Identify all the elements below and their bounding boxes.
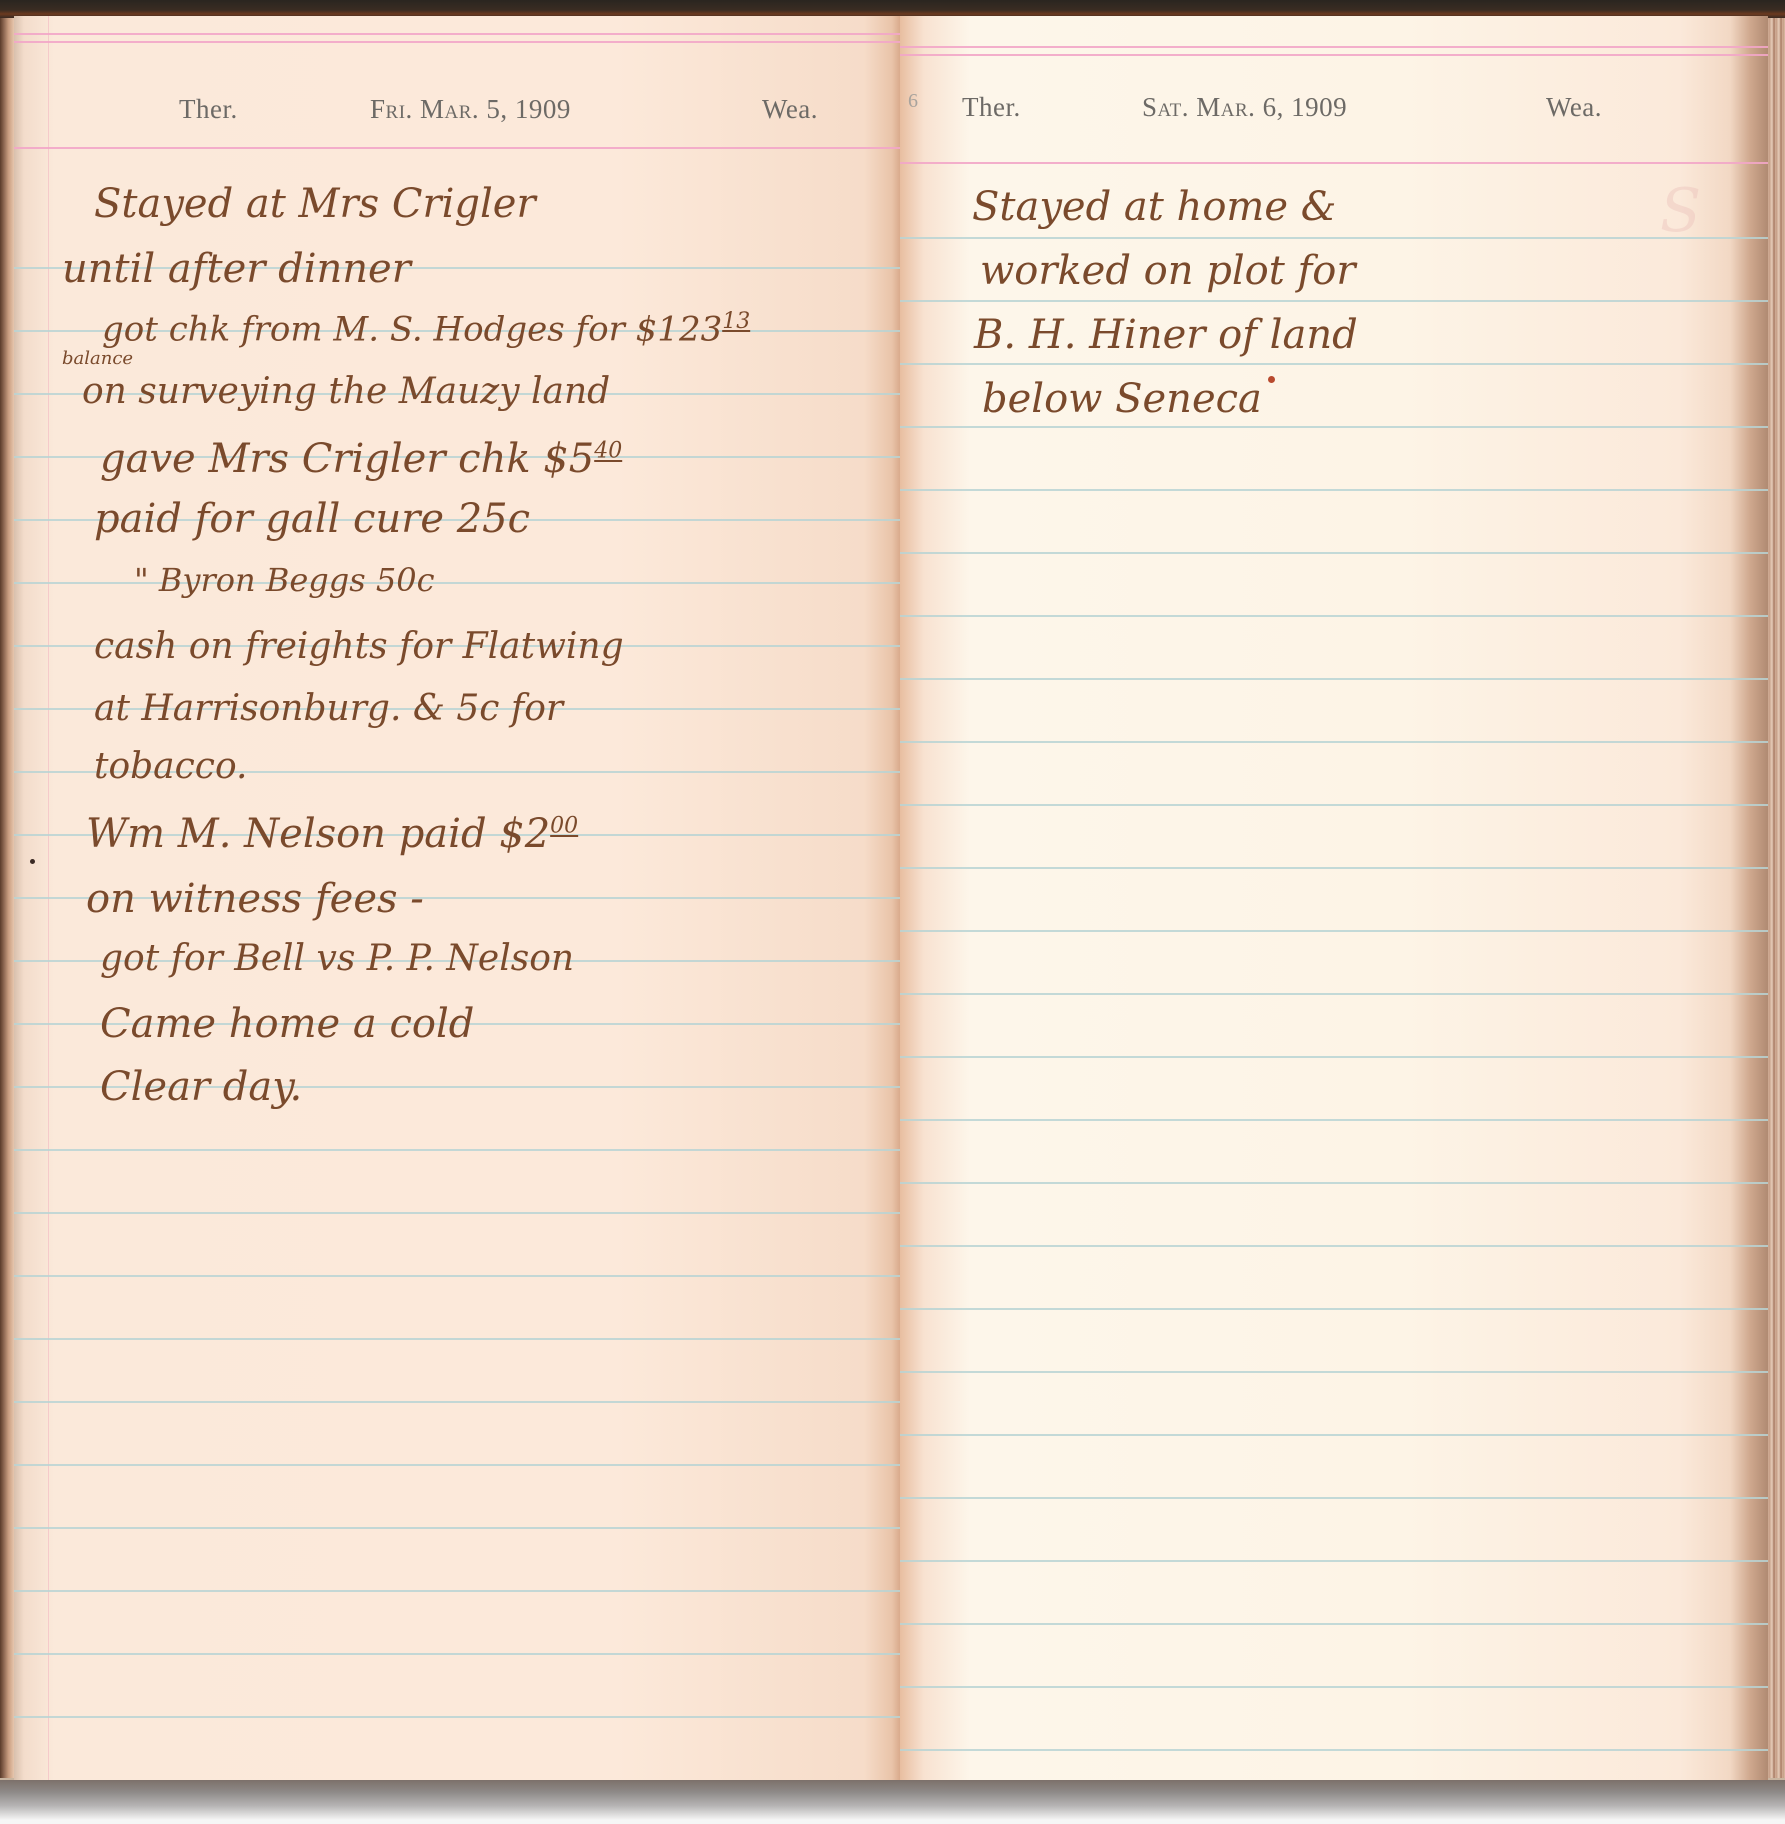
ruled-line — [900, 1623, 1768, 1625]
amount-cents: 40 — [594, 439, 622, 464]
ruled-line — [14, 1338, 900, 1340]
ruled-line — [900, 1371, 1768, 1373]
entry-line: Wm M. Nelson paid $200 — [86, 811, 578, 857]
header-rule-top-2 — [14, 41, 900, 43]
ruled-line — [900, 300, 1768, 302]
entry-line: on witness fees - — [86, 876, 424, 922]
entry-line: Came home a cold — [100, 1001, 474, 1047]
entry-line: Stayed at home & — [972, 184, 1336, 230]
ruled-line — [900, 1560, 1768, 1562]
header-rule-top — [14, 33, 900, 35]
ruled-line — [900, 930, 1768, 932]
entry-line: until after dinner — [62, 246, 411, 292]
entry-line: cash on freights for Flatwing — [94, 626, 624, 667]
page-date: Fri. Mar. 5, 1909 — [370, 94, 571, 125]
ruled-line — [900, 1245, 1768, 1247]
left-page-header: Ther. Fri. Mar. 5, 1909 Wea. — [14, 94, 900, 130]
ruled-line — [14, 1401, 900, 1403]
entry-line: Stayed at Mrs Crigler — [94, 181, 536, 227]
entry-line: at Harrisonburg. & 5c for — [94, 688, 563, 729]
ruled-line — [14, 1527, 900, 1529]
weather-label: Wea. — [762, 94, 818, 125]
ruled-line — [900, 1749, 1768, 1751]
ruled-line — [14, 1212, 900, 1214]
ruled-line — [900, 1434, 1768, 1436]
entry-line: got for Bell vs P. P. Nelson — [100, 938, 574, 979]
margin-annotation: balance — [62, 348, 133, 369]
ruled-line — [900, 1686, 1768, 1688]
show-through-ink: S — [1660, 176, 1701, 246]
ink-dot — [1268, 376, 1275, 383]
ruled-line — [900, 741, 1768, 743]
amount-cents: 13 — [722, 309, 750, 334]
ruled-line — [900, 1119, 1768, 1121]
thermometer-label: Ther. — [962, 92, 1021, 123]
entry-line: B. H. Hiner of land — [974, 312, 1358, 358]
ruled-line — [900, 1182, 1768, 1184]
book-cover-bottom — [0, 1780, 1785, 1824]
book-edge-left — [0, 18, 14, 1778]
entry-text: got chk from M. S. Hodges for $123 — [102, 309, 722, 349]
entry-line: got chk from M. S. Hodges for $12313 — [102, 309, 750, 349]
entry-line: worked on plot for — [980, 248, 1356, 294]
header-rule-top — [900, 46, 1768, 48]
ruled-line — [900, 1497, 1768, 1499]
ruled-line — [14, 1590, 900, 1592]
ruled-line — [14, 1464, 900, 1466]
ruled-line — [900, 489, 1768, 491]
right-page-header: Ther. Sat. Mar. 6, 1909 Wea. — [900, 92, 1768, 128]
amount-cents: 00 — [550, 814, 578, 839]
ruled-line — [900, 867, 1768, 869]
ruled-line — [14, 1149, 900, 1151]
page-date: Sat. Mar. 6, 1909 — [1142, 92, 1347, 123]
header-rule-bottom — [900, 162, 1768, 164]
header-rule-bottom — [14, 147, 900, 149]
entry-line: " Byron Beggs 50c — [134, 561, 434, 599]
ruled-line — [900, 804, 1768, 806]
margin-rule — [48, 16, 49, 1786]
ruled-line — [14, 1653, 900, 1655]
entry-line: tobacco. — [94, 746, 247, 787]
entry-line: on surveying the Mauzy land — [82, 371, 610, 412]
ruled-line — [900, 1056, 1768, 1058]
entry-line: gave Mrs Crigler chk $540 — [100, 436, 622, 482]
ink-dot — [30, 859, 35, 864]
thermometer-label: Ther. — [179, 94, 238, 125]
ruled-line — [14, 1275, 900, 1277]
ruled-line — [14, 1716, 900, 1718]
ruled-line — [900, 615, 1768, 617]
ruled-line — [900, 552, 1768, 554]
ruled-line — [900, 426, 1768, 428]
header-rule-top-2 — [900, 54, 1768, 56]
entry-line: paid for gall cure 25c — [94, 496, 530, 542]
left-page: Ther. Fri. Mar. 5, 1909 Wea. Stayed at M… — [14, 16, 900, 1786]
ruled-line — [900, 678, 1768, 680]
weather-label: Wea. — [1546, 92, 1602, 123]
entry-line: Clear day. — [100, 1064, 302, 1110]
entry-text: gave Mrs Crigler chk $5 — [100, 436, 594, 482]
ruled-line — [900, 993, 1768, 995]
ruled-line — [900, 1308, 1768, 1310]
entry-line: below Seneca — [982, 376, 1262, 422]
ruled-line — [900, 237, 1768, 239]
entry-text: Wm M. Nelson paid $2 — [86, 811, 550, 857]
ruled-line — [900, 363, 1768, 365]
right-page: 6 S Ther. Sat. Mar. 6, 1909 Wea. Stayed … — [900, 16, 1768, 1786]
